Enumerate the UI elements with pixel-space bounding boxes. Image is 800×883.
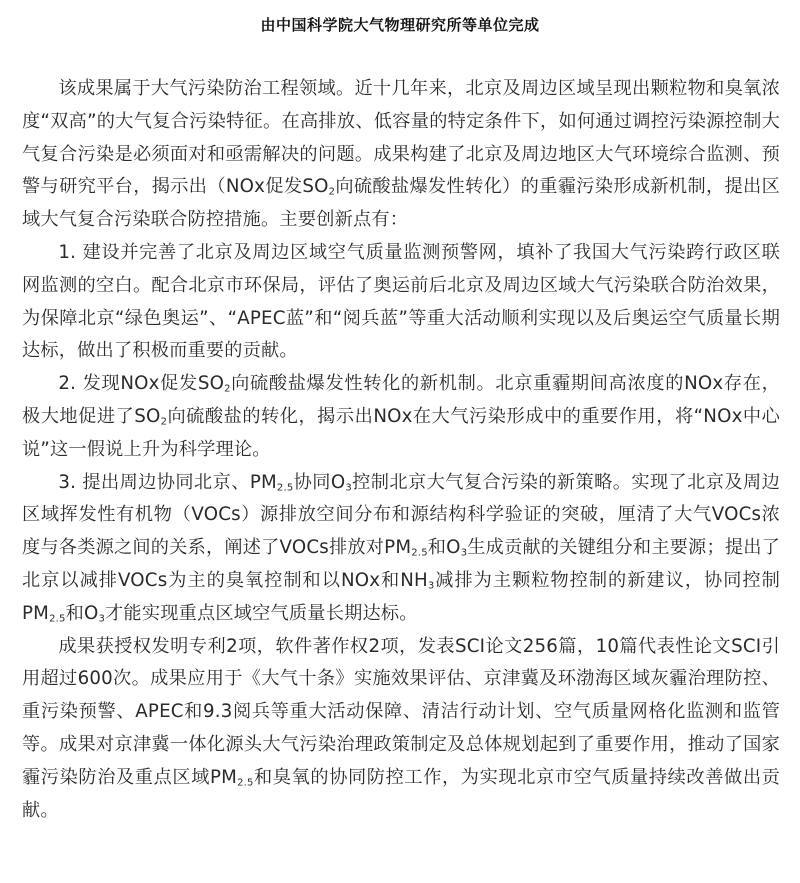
subscript: 2.5 xyxy=(237,777,254,788)
text-segment: 3. 提出周边协同北京、PM xyxy=(58,472,277,493)
text-segment: 1. 建设并完善了北京及周边区域空气质量监测预警网，填补了我国大气污染跨行政区联… xyxy=(22,242,780,361)
subscript: 2.5 xyxy=(49,613,66,624)
text-segment: 成果获授权发明专利2项，软件著作权2项，发表SCI论文256篇，10篇代表性论文… xyxy=(22,636,780,788)
document-title: 由中国科学院大气物理研究所等单位完成 xyxy=(0,14,800,35)
text-segment: 和O xyxy=(66,603,99,624)
paragraph-innovation-3: 3. 提出周边协同北京、PM2.5协同O3控制北京大气复合污染的新策略。实现了北… xyxy=(22,467,780,631)
text-segment: 协同O xyxy=(293,472,345,493)
text-segment: 2. 发现NOx促发SO xyxy=(58,373,224,394)
subscript: 2.5 xyxy=(411,548,428,559)
paragraph-outcomes: 成果获授权发明专利2项，软件著作权2项，发表SCI论文256篇，10篇代表性论文… xyxy=(22,631,780,828)
paragraph-innovation-2: 2. 发现NOx促发SO2向硫酸盐爆发性转化的新机制。北京重霾期间高浓度的NOx… xyxy=(22,368,780,466)
text-segment: 和O xyxy=(428,537,461,558)
paragraph-intro: 该成果属于大气污染防治工程领域。近十几年来，北京及周边区域呈现出颗粒物和臭氧浓度… xyxy=(22,73,780,237)
subscript: 2.5 xyxy=(277,482,294,493)
document-body: 该成果属于大气污染防治工程领域。近十几年来，北京及周边区域呈现出颗粒物和臭氧浓度… xyxy=(22,73,780,827)
text-segment: 才能实现重点区域空气质量长期达标。 xyxy=(105,603,418,624)
paragraph-innovation-1: 1. 建设并完善了北京及周边区域空气质量监测预警网，填补了我国大气污染跨行政区联… xyxy=(22,237,780,368)
